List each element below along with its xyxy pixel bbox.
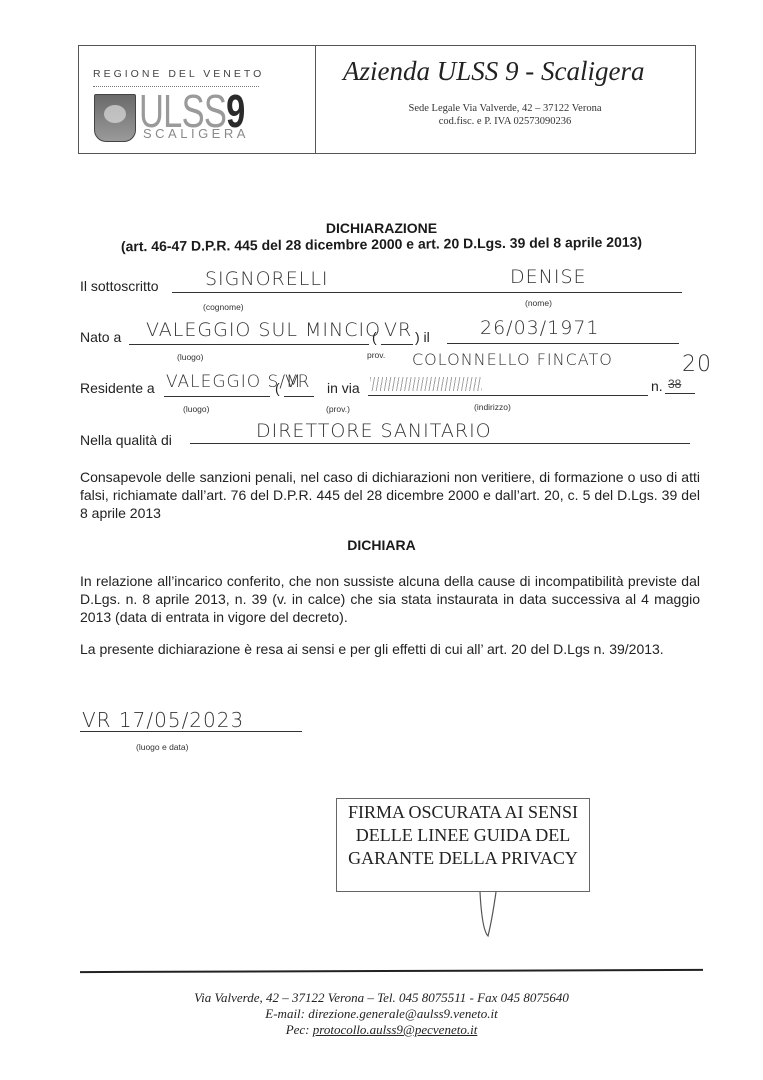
n-label: n.	[651, 378, 663, 394]
pec-link[interactable]: protocollo.aulss9@pecveneto.it	[313, 1022, 478, 1037]
residente-luogo-field[interactable]: VALEGGIO S/M	[166, 372, 302, 392]
luogo-caption: (luogo)	[177, 352, 203, 362]
nome-caption: (nome)	[525, 298, 552, 308]
residente-prov-caption: (prov.)	[326, 404, 350, 414]
residente-open-paren: (	[275, 380, 280, 396]
qualita-field[interactable]: DIRETTORE SANITARIO	[256, 420, 492, 442]
letterhead: REGIONE DEL VENETO ULSS9 SCALIGERA Azien…	[78, 45, 696, 154]
luogo-data-caption: (luogo e data)	[136, 742, 188, 752]
footer-rule	[80, 969, 703, 973]
prov-caption: prov.	[367, 350, 385, 360]
qualita-line	[190, 443, 690, 444]
cognome-field[interactable]: SIGNORELLI	[205, 268, 329, 290]
consapevole-paragraph: Consapevole delle sanzioni penali, nel c…	[80, 468, 700, 522]
residente-prov-field[interactable]: VR	[285, 372, 310, 392]
nato-luogo-line	[129, 344, 369, 345]
footer-contacts: Via Valverde, 42 – 37122 Verona – Tel. 0…	[0, 990, 763, 1038]
struck-address-scribble	[370, 377, 482, 391]
footer-pec: Pec: protocollo.aulss9@pecveneto.it	[0, 1022, 763, 1038]
nato-prov-field[interactable]: VR	[384, 319, 412, 341]
struck-civico: 38	[668, 377, 681, 391]
presente-paragraph: La presente dichiarazione è resa ai sens…	[80, 640, 700, 658]
open-paren: (	[372, 329, 377, 345]
footer-address: Via Valverde, 42 – 37122 Verona – Tel. 0…	[0, 990, 763, 1006]
relazione-paragraph: In relazione all’incarico conferito, che…	[80, 572, 700, 626]
nato-luogo-field[interactable]: VALEGGIO SUL MINCIO	[146, 319, 381, 341]
legal-address: Sede Legale Via Valverde, 42 – 37122 Ver…	[315, 102, 695, 128]
sede-line-2: cod.fisc. e P. IVA 02573090236	[315, 115, 695, 128]
luogo-data-field[interactable]: VR 17/05/2023	[82, 708, 244, 732]
nato-data-field[interactable]: 26/03/1971	[480, 317, 600, 339]
nato-data-line	[447, 343, 679, 344]
residente-luogo-caption: (luogo)	[183, 404, 209, 414]
via-field[interactable]: COLONNELLO FINCATO	[412, 350, 613, 369]
residente-luogo-line	[164, 396, 270, 397]
indirizzo-caption: (indirizzo)	[474, 402, 511, 412]
footer-email[interactable]: E-mail: direzione.generale@aulss9.veneto…	[0, 1006, 763, 1022]
cognome-caption: (cognome)	[203, 302, 244, 312]
region-label: REGIONE DEL VENETO	[93, 68, 264, 80]
residente-label: Residente a	[80, 380, 155, 396]
in-via-label: in via	[327, 380, 360, 396]
via-line	[368, 395, 648, 396]
dichiara-heading: DICHIARA	[0, 537, 763, 553]
nome-field[interactable]: DENISE	[510, 266, 587, 288]
pec-label: Pec:	[286, 1022, 313, 1037]
sede-line-1: Sede Legale Via Valverde, 42 – 37122 Ver…	[315, 102, 695, 115]
nato-prov-line	[381, 344, 413, 345]
qualita-label: Nella qualità di	[80, 432, 172, 448]
luogo-data-line	[80, 731, 302, 732]
redacted-signature-box: FIRMA OSCURATA AI SENSI DELLE LINEE GUID…	[336, 798, 590, 892]
lion-of-st-mark-shield-icon	[94, 94, 136, 142]
organization-name: Azienda ULSS 9 - Scaligera	[343, 56, 644, 87]
sottoscritto-line	[172, 292, 682, 293]
il-label: ) il	[415, 329, 430, 345]
logo-sub: SCALIGERA	[143, 126, 249, 141]
sottoscritto-label: Il sottoscritto	[80, 278, 159, 294]
header-divider	[315, 46, 316, 153]
document-subtitle: (art. 46-47 D.P.R. 445 del 28 dicembre 2…	[0, 233, 763, 256]
civico-field[interactable]: 20	[682, 352, 712, 377]
nato-label: Nato a	[80, 329, 121, 345]
residente-prov-line	[284, 396, 314, 397]
civico-line	[665, 393, 695, 394]
signature-stroke-icon	[476, 890, 500, 940]
